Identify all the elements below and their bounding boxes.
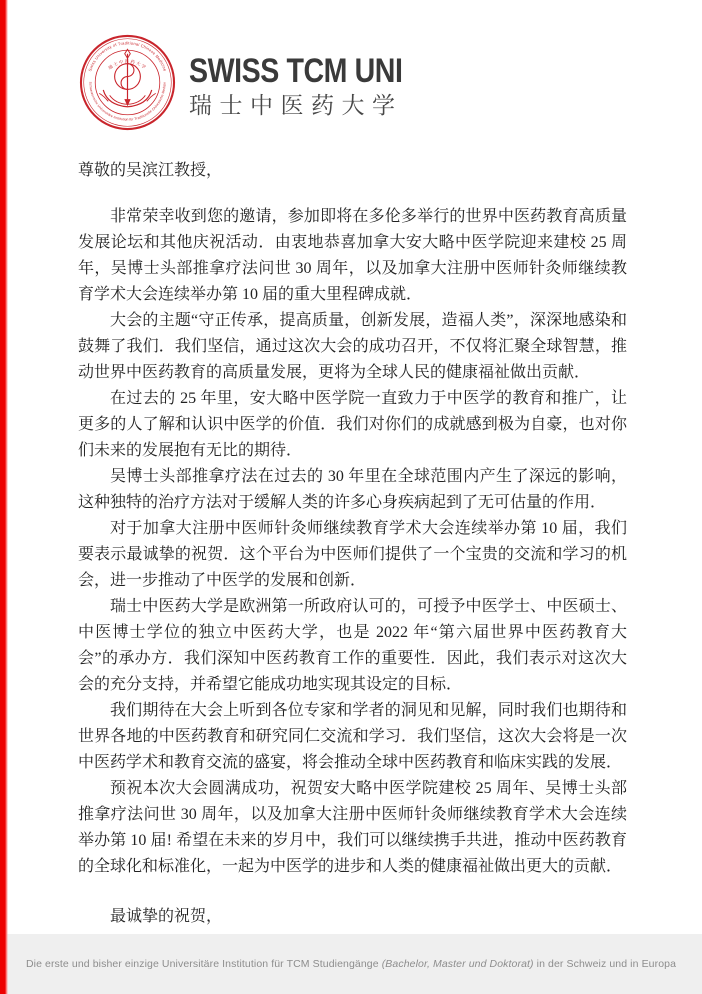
brand-name: SWISS TCM UNI (189, 53, 403, 89)
university-seal-logo: Swiss University of Traditional Chinese … (78, 33, 177, 132)
letter-paragraph: 对于加拿大注册中医师针灸师继续教育学术大会连续举办第 10 届，我们要表示最诚挚… (78, 516, 627, 594)
footer-text-after: in der Schweiz und in Europa (534, 958, 676, 970)
footer-text-italic: (Bachelor, Master und Doktorat) (382, 958, 534, 970)
letterhead: Swiss University of Traditional Chinese … (78, 30, 627, 134)
brand-block: SWISS TCM UNI 瑞士中医药大学 (189, 43, 443, 121)
letter-paragraph: 预祝本次大会圆满成功，祝贺安大略中医学院建校 25 周年、吴博士头部推拿疗法问世… (78, 776, 627, 880)
seal-lotus-needle-art (99, 49, 155, 106)
letter-paragraph: 大会的主题“守正传承，提高质量，创新发展，造福人类”，深深地感染和鼓舞了我们．我… (78, 308, 627, 386)
letter-paragraph: 吴博士头部推拿疗法在过去的 30 年里在全球范围内产生了深远的影响，这种独特的治… (78, 464, 627, 516)
letter-paragraph: 在过去的 25 年里，安大略中医学院一直致力于中医学的教育和推广，让更多的人了解… (78, 386, 627, 464)
closing-line: 最诚挚的祝贺， (78, 904, 627, 930)
salutation: 尊敬的吴滨江教授， (78, 158, 627, 184)
brand-name-chinese: 瑞士中医药大学 (189, 91, 443, 121)
red-accent-stripe (0, 0, 8, 994)
letter-page: Swiss University of Traditional Chinese … (0, 0, 702, 934)
letter-paragraphs: 非常荣幸收到您的邀请，参加即将在多伦多举行的世界中医药教育高质量发展论坛和其他庆… (78, 204, 627, 880)
footer-text: Die erste und bisher einzige Universitär… (26, 958, 676, 970)
letter-paragraph: 我们期待在大会上听到各位专家和学者的洞见和见解，同时我们也期待和世界各地的中医药… (78, 698, 627, 776)
letter-paragraph: 非常荣幸收到您的邀请，参加即将在多伦多举行的世界中医药教育高质量发展论坛和其他庆… (78, 204, 627, 308)
letter-body: 尊敬的吴滨江教授， 非常荣幸收到您的邀请，参加即将在多伦多举行的世界中医药教育高… (78, 158, 627, 994)
footer-text-before: Die erste und bisher einzige Universitär… (26, 958, 382, 970)
footer-band: Die erste und bisher einzige Universitär… (0, 934, 702, 994)
letter-paragraph: 瑞士中医药大学是欧洲第一所政府认可的，可授予中医学士、中医硕士、中医博士学位的独… (78, 594, 627, 698)
